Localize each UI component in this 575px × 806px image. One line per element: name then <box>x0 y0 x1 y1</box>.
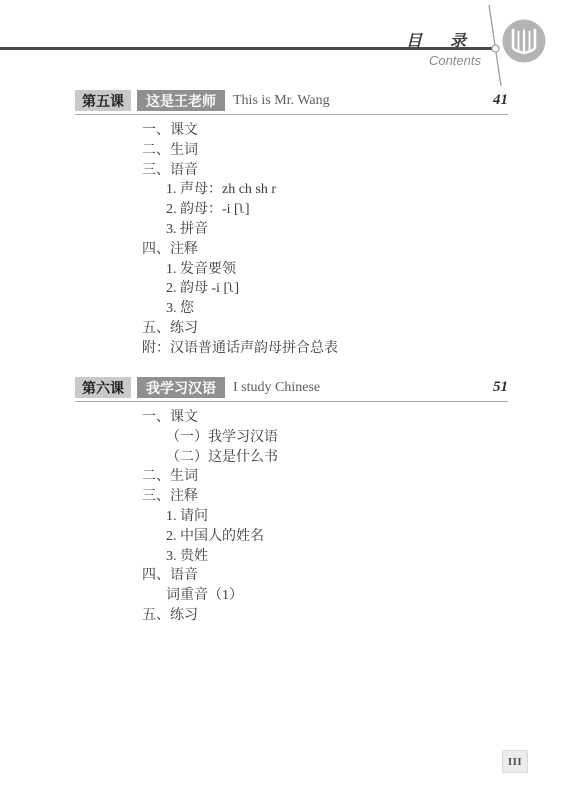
toc-item: 附：汉语普通话声韵母拼合总表 <box>75 339 508 359</box>
toc-item: 五、练习 <box>75 606 508 626</box>
lesson-6-page-number: 51 <box>493 377 508 398</box>
toc-item: 五、练习 <box>75 319 508 339</box>
toc-subitem: 2. 中国人的姓名 <box>75 527 508 547</box>
page-number-badge: III <box>502 750 528 773</box>
lesson-6-title-cn: 我学习汉语 <box>137 377 225 398</box>
lesson-6-items: 一、课文 （一）我学习汉语 （二）这是什么书 二、生词 三、注释 1. 请问 2… <box>75 408 508 626</box>
toc-item: 二、生词 <box>75 141 508 161</box>
lesson-6-header: 第六课 我学习汉语 I study Chinese 51 <box>75 377 508 402</box>
toc-item: 四、注释 <box>75 240 508 260</box>
toc-subitem: 1. 请问 <box>75 507 508 527</box>
lesson-5-section: 第五课 这是王老师 This is Mr. Wang 41 一、课文 二、生词 … <box>75 90 508 359</box>
toc-subitem: 词重音（1） <box>75 586 508 606</box>
toc-subitem: 2. 韵母 -i [ʅ] <box>75 279 508 299</box>
toc-subitem: 1. 发音要领 <box>75 260 508 280</box>
toc-item: 一、课文 <box>75 408 508 428</box>
toc-subitem: 3. 贵姓 <box>75 547 508 567</box>
toc-subitem: （一）我学习汉语 <box>75 428 508 448</box>
toc-item: 三、语音 <box>75 161 508 181</box>
lesson-5-page-number: 41 <box>493 90 508 111</box>
lesson-5-title-cn: 这是王老师 <box>137 90 225 111</box>
lesson-6-section: 第六课 我学习汉语 I study Chinese 51 一、课文 （一）我学习… <box>75 377 508 626</box>
toc-item: 一、课文 <box>75 121 508 141</box>
header-rule <box>0 47 497 50</box>
toc-subitem: 1. 声母：zh ch sh r <box>75 180 508 200</box>
lesson-6-label: 第六课 <box>75 377 131 398</box>
toc-item: 二、生词 <box>75 467 508 487</box>
toc-subitem: 2. 韵母：-i [ʅ] <box>75 200 508 220</box>
lesson-5-items: 一、课文 二、生词 三、语音 1. 声母：zh ch sh r 2. 韵母：-i… <box>75 121 508 359</box>
toc-item: 四、语音 <box>75 566 508 586</box>
lesson-5-label: 第五课 <box>75 90 131 111</box>
open-book-logo-icon <box>500 17 548 65</box>
toc-subitem: 3. 拼音 <box>75 220 508 240</box>
toc-item: 三、注释 <box>75 487 508 507</box>
lesson-5-title-en: This is Mr. Wang <box>233 90 330 111</box>
toc-page: 目 录 Contents 第五课 这是王老师 This is Mr. Wang … <box>0 0 575 806</box>
toc-subitem: （二）这是什么书 <box>75 448 508 468</box>
lesson-5-header: 第五课 这是王老师 This is Mr. Wang 41 <box>75 90 508 115</box>
lesson-6-title-en: I study Chinese <box>233 377 320 398</box>
toc-subitem: 3. 您 <box>75 299 508 319</box>
toc-title-english: Contents <box>429 53 481 68</box>
